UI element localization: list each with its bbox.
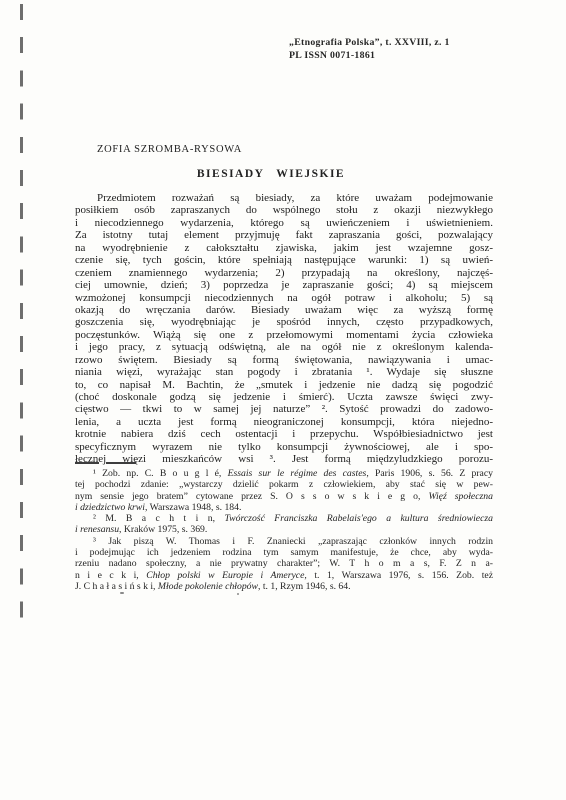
footnote-title-italic: Chłop polski w Europie i Ameryce (146, 570, 304, 581)
footnote-line: n i e c k i, Chłop polski w Europie i Am… (75, 570, 493, 581)
body-line: krotnie nabiera dziś cech ostentacji i p… (75, 428, 493, 440)
body-line: posiłkiem osób zapraszanych do wspólnego… (75, 204, 493, 216)
footnote-text: , Kraków 1975, s. 369. (119, 524, 207, 535)
article-body: Przedmiotem rozważań są biesiady, za któ… (75, 192, 493, 466)
footnotes: ¹ Zob. np. C. B o u g l é, Essais sur le… (75, 468, 493, 592)
footnote-line: tej pochodzi zdanie: „wystarczy dzielić … (75, 479, 493, 490)
body-line: lenia, a uczta jest formą nieograniczone… (75, 416, 493, 428)
body-line: ciej umownie, dzień; 3) poprzedza je zap… (75, 279, 493, 291)
body-line: czeniem znamiennego wydarzenia; 2) przyp… (75, 267, 493, 279)
body-line: wzmożonej konsumpcji niecodziennych na o… (75, 292, 493, 304)
body-line: na wyodrębnienie z całokształtu zjawiska… (75, 242, 493, 254)
film-edge-marks (20, 4, 23, 620)
journal-header-line1: „Etnografia Polska”, t. XXVIII, z. 1 (289, 37, 450, 50)
footnote-title-italic: i renesansu (75, 524, 119, 535)
footnote-text: , Paris 1906, s. 56. Z pracy (366, 468, 493, 479)
scanned-page: „Etnografia Polska”, t. XXVIII, z. 1 PL … (0, 0, 566, 800)
footnote-text: , t. 1, Warszawa 1976, s. 156. Zob. też (304, 570, 493, 581)
footnote-text: tej pochodzi zdanie: „wystarczy dzielić … (75, 479, 493, 490)
body-line: okazją do wręczania darów. Biesiady uważ… (75, 304, 493, 316)
body-line: i jego pracy, z sytuacją odświętną, ale … (75, 341, 493, 353)
footnote-title-italic: Twórczość Franciszka Rabelais'ego a kult… (225, 513, 494, 524)
footnote-title-italic: Essais sur le régime des castes (228, 468, 367, 479)
footnote-line: i renesansu, Kraków 1975, s. 369. (75, 524, 493, 535)
footnote-title-italic: i dziedzictwo krwi (75, 502, 145, 513)
author-name: ZOFIA SZROMBA-RYSOWA (97, 144, 242, 155)
footnote-text: i podejmując ich jedzeniem rodzina tym s… (75, 547, 493, 558)
footnote-line: rzeniu nadano społeczny, a nie prywatny … (75, 558, 493, 569)
footnote-text: , t. 1, Rzym 1946, s. 64. (258, 581, 351, 592)
footnote-title-italic: Młode pokolenie chłopów (158, 581, 258, 592)
body-line: niania więzi, wyrażając stan pogody i zb… (75, 366, 493, 378)
footnote-text: J. C h a ł a s i ń s k i, (75, 581, 158, 592)
body-line: czenie się, tych gościn, które spełniają… (75, 254, 493, 266)
footnote-line: ³ Jak piszą W. Thomas i F. Znaniecki „za… (75, 536, 493, 547)
footnote-text: rzeniu nadano społeczny, a nie prywatny … (75, 558, 493, 569)
footnote-line: ² M. B a c h t i n, Twórczość Franciszka… (75, 513, 493, 524)
footnote-title-italic: Więź społeczna (428, 491, 493, 502)
footnote-text: nym sensie jego bratem” cytowane przez S… (75, 491, 428, 502)
footnote-line: J. C h a ł a s i ń s k i, Młode pokoleni… (75, 581, 493, 592)
body-line: (choć doskonale godzą się jedzenie i śmi… (75, 391, 493, 403)
scan-speck (120, 592, 124, 594)
body-line: poczęstunków. Wiążą się one z przełomowy… (75, 329, 493, 341)
footnote-text: , Warszawa 1948, s. 184. (145, 502, 241, 513)
footnote-separator (75, 462, 143, 464)
body-line: cięstwo — tkwi to w samej jej naturze” ²… (75, 403, 493, 415)
footnote-line: i dziedzictwo krwi, Warszawa 1948, s. 18… (75, 502, 493, 513)
body-line: specyficznym wyrazem nie tylko konsumpcj… (75, 441, 493, 453)
scan-speck (237, 593, 239, 595)
footnote-text: n i e c k i, (75, 570, 146, 581)
journal-header-line2: PL ISSN 0071-1861 (289, 50, 450, 63)
article-title: BIESIADY WIEJSKIE (62, 168, 480, 180)
footnote-line: nym sensie jego bratem” cytowane przez S… (75, 491, 493, 502)
footnote-line: i podejmując ich jedzeniem rodzina tym s… (75, 547, 493, 558)
footnote-text: ¹ Zob. np. C. B o u g l é, (93, 468, 228, 479)
body-line: Za istotny tutaj element przyjmuję fakt … (75, 229, 493, 241)
body-line: i niecodziennego wydarzenia, którego są … (75, 217, 493, 229)
footnote-text: ² M. B a c h t i n, (93, 513, 225, 524)
footnote-line: ¹ Zob. np. C. B o u g l é, Essais sur le… (75, 468, 493, 479)
journal-header: „Etnografia Polska”, t. XXVIII, z. 1 PL … (289, 37, 450, 62)
body-line: goszczenia się, wyodrębniając je spośród… (75, 316, 493, 328)
body-line: rzowo świętem. Biesiady są formą świętow… (75, 354, 493, 366)
body-line: to, co napisał M. Bachtin, że „smutek i … (75, 379, 493, 391)
body-line: Przedmiotem rozważań są biesiady, za któ… (75, 192, 493, 204)
footnote-text: ³ Jak piszą W. Thomas i F. Znaniecki „za… (93, 536, 493, 547)
